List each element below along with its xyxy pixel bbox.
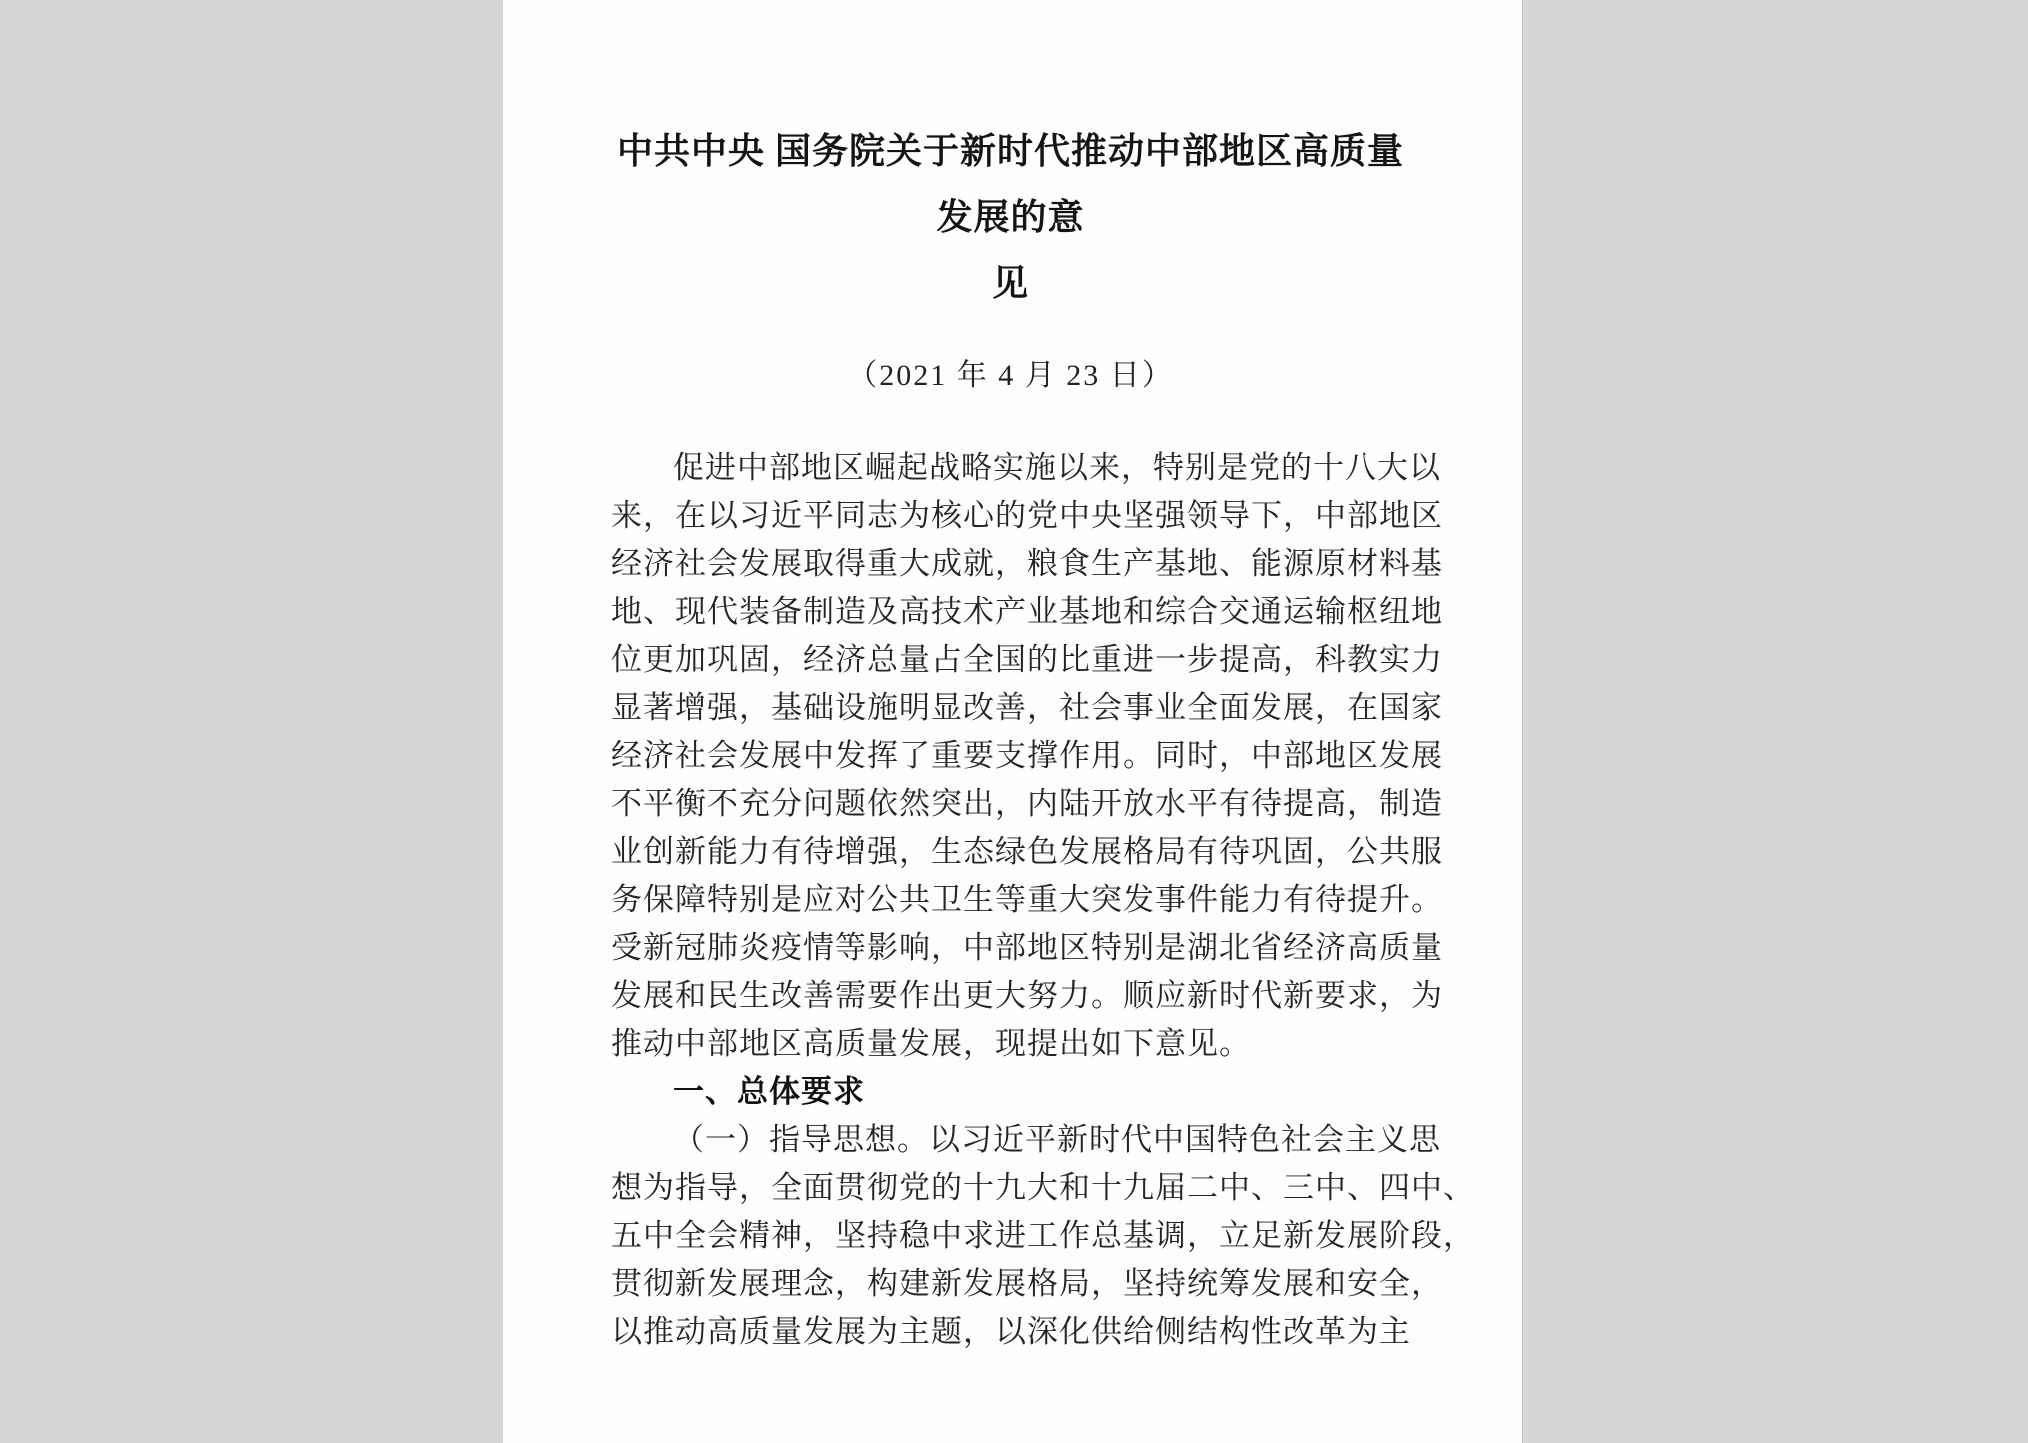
document-page: 中共中央 国务院关于新时代推动中部地区高质量发展的意 见 （2021 年 4 月… (503, 0, 1523, 1443)
body-line: 想为指导，全面贯彻党的十九大和十九届二中、三中、四中、 (611, 1164, 1410, 1212)
body-line: 来，在以习近平同志为核心的党中央坚强领导下，中部地区 (611, 492, 1410, 540)
body-line: 不平衡不充分问题依然突出，内陆开放水平有待提高，制造 (611, 780, 1410, 828)
document-title: 中共中央 国务院关于新时代推动中部地区高质量发展的意 见 (611, 118, 1410, 316)
body-line: 务保障特别是应对公共卫生等重大突发事件能力有待提升。 (611, 876, 1410, 924)
document-date: （2021 年 4 月 23 日） (611, 350, 1410, 394)
document-title-line-1: 中共中央 国务院关于新时代推动中部地区高质量发展的意 (611, 118, 1410, 250)
body-line: （一）指导思想。以习近平新时代中国特色社会主义思 (611, 1116, 1410, 1164)
document-body: 促进中部地区崛起战略实施以来，特别是党的十八大以来，在以习近平同志为核心的党中央… (611, 444, 1410, 1356)
body-line: 受新冠肺炎疫情等影响，中部地区特别是湖北省经济高质量 (611, 924, 1410, 972)
screenshot-stage: 中共中央 国务院关于新时代推动中部地区高质量发展的意 见 （2021 年 4 月… (0, 0, 2028, 1443)
body-line: 经济社会发展取得重大成就，粮食生产基地、能源原材料基 (611, 540, 1410, 588)
body-line: 显著增强，基础设施明显改善，社会事业全面发展，在国家 (611, 684, 1410, 732)
body-line: 以推动高质量发展为主题，以深化供给侧结构性改革为主 (611, 1308, 1410, 1356)
body-line: 发展和民生改善需要作出更大努力。顺应新时代新要求，为 (611, 972, 1410, 1020)
document-title-line-2: 见 (611, 250, 1410, 316)
body-line: 促进中部地区崛起战略实施以来，特别是党的十八大以 (611, 444, 1410, 492)
body-line: 五中全会精神，坚持稳中求进工作总基调，立足新发展阶段， (611, 1212, 1410, 1260)
body-line: 业创新能力有待增强，生态绿色发展格局有待巩固，公共服 (611, 828, 1410, 876)
body-line: 位更加巩固，经济总量占全国的比重进一步提高，科教实力 (611, 636, 1410, 684)
body-line: 经济社会发展中发挥了重要支撑作用。同时，中部地区发展 (611, 732, 1410, 780)
body-line: 贯彻新发展理念，构建新发展格局，坚持统筹发展和安全， (611, 1260, 1410, 1308)
body-line: 地、现代装备制造及高技术产业基地和综合交通运输枢纽地 (611, 588, 1410, 636)
section-heading: 一、总体要求 (611, 1068, 1410, 1116)
body-line: 推动中部地区高质量发展，现提出如下意见。 (611, 1020, 1410, 1068)
